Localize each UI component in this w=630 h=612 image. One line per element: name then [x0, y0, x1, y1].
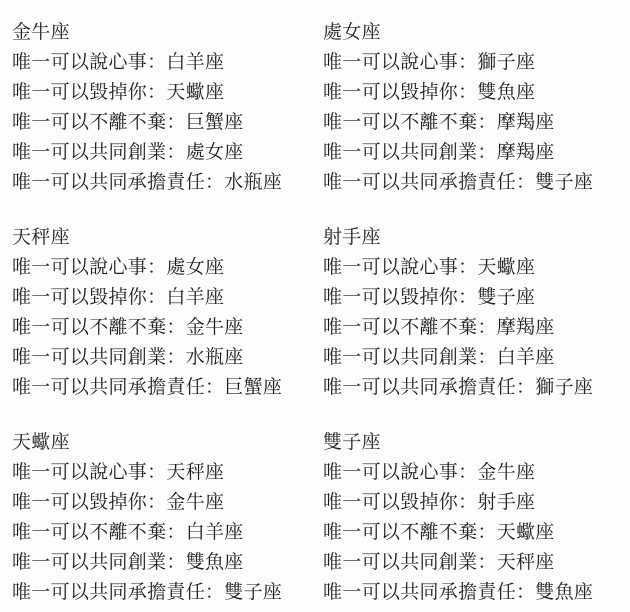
document-page: 金牛座 唯一可以說心事：白羊座 唯一可以毀掉你：天蠍座 唯一可以不離不棄：巨蟹座…	[0, 0, 630, 612]
text-line: 唯一可以共同承擔責任：巨蟹座	[12, 373, 323, 403]
zodiac-title: 射手座	[323, 223, 630, 253]
text-line: 唯一可以共同承擔責任：水瓶座	[12, 168, 323, 198]
text-line: 唯一可以毀掉你：天蠍座	[12, 78, 323, 108]
text-line: 唯一可以毀掉你：射手座	[323, 488, 630, 518]
text-line: 唯一可以不離不棄：摩羯座	[323, 108, 630, 138]
zodiac-title: 天秤座	[12, 223, 323, 253]
text-line: 唯一可以毀掉你：雙子座	[323, 283, 630, 313]
text-line: 唯一可以共同承擔責任：獅子座	[323, 373, 630, 403]
zodiac-block-libra: 天秤座 唯一可以說心事：處女座 唯一可以毀掉你：白羊座 唯一可以不離不棄：金牛座…	[12, 223, 323, 403]
text-line: 唯一可以共同承擔責任：雙魚座	[323, 578, 630, 608]
zodiac-block-virgo: 處女座 唯一可以說心事：獅子座 唯一可以毀掉你：雙魚座 唯一可以不離不棄：摩羯座…	[323, 18, 630, 198]
zodiac-title: 天蠍座	[12, 428, 323, 458]
text-line: 唯一可以共同創業：水瓶座	[12, 343, 323, 373]
text-line: 唯一可以不離不棄：巨蟹座	[12, 108, 323, 138]
text-line: 唯一可以不離不棄：天蠍座	[323, 518, 630, 548]
text-line: 唯一可以共同創業：處女座	[12, 138, 323, 168]
text-line: 唯一可以共同承擔責任：雙子座	[12, 578, 323, 608]
text-line: 唯一可以說心事：獅子座	[323, 48, 630, 78]
text-line: 唯一可以說心事：白羊座	[12, 48, 323, 78]
zodiac-block-sagittarius: 射手座 唯一可以說心事：天蠍座 唯一可以毀掉你：雙子座 唯一可以不離不棄：摩羯座…	[323, 223, 630, 403]
text-line: 唯一可以不離不棄：金牛座	[12, 313, 323, 343]
text-line: 唯一可以共同創業：雙魚座	[12, 548, 323, 578]
text-line: 唯一可以毀掉你：金牛座	[12, 488, 323, 518]
text-line: 唯一可以共同創業：天秤座	[323, 548, 630, 578]
zodiac-block-taurus: 金牛座 唯一可以說心事：白羊座 唯一可以毀掉你：天蠍座 唯一可以不離不棄：巨蟹座…	[12, 18, 323, 198]
text-line: 唯一可以說心事：天蠍座	[323, 253, 630, 283]
text-line: 唯一可以共同承擔責任：雙子座	[323, 168, 630, 198]
text-line: 唯一可以不離不棄：白羊座	[12, 518, 323, 548]
text-line: 唯一可以說心事：天秤座	[12, 458, 323, 488]
text-line: 唯一可以不離不棄：摩羯座	[323, 313, 630, 343]
text-line: 唯一可以共同創業：摩羯座	[323, 138, 630, 168]
text-line: 唯一可以說心事：金牛座	[323, 458, 630, 488]
text-line: 唯一可以毀掉你：雙魚座	[323, 78, 630, 108]
text-line: 唯一可以毀掉你：白羊座	[12, 283, 323, 313]
text-line: 唯一可以共同創業：白羊座	[323, 343, 630, 373]
zodiac-title: 雙子座	[323, 428, 630, 458]
zodiac-title: 金牛座	[12, 18, 323, 48]
zodiac-block-gemini: 雙子座 唯一可以說心事：金牛座 唯一可以毀掉你：射手座 唯一可以不離不棄：天蠍座…	[323, 428, 630, 608]
zodiac-block-scorpio: 天蠍座 唯一可以說心事：天秤座 唯一可以毀掉你：金牛座 唯一可以不離不棄：白羊座…	[12, 428, 323, 608]
zodiac-title: 處女座	[323, 18, 630, 48]
text-line: 唯一可以說心事：處女座	[12, 253, 323, 283]
